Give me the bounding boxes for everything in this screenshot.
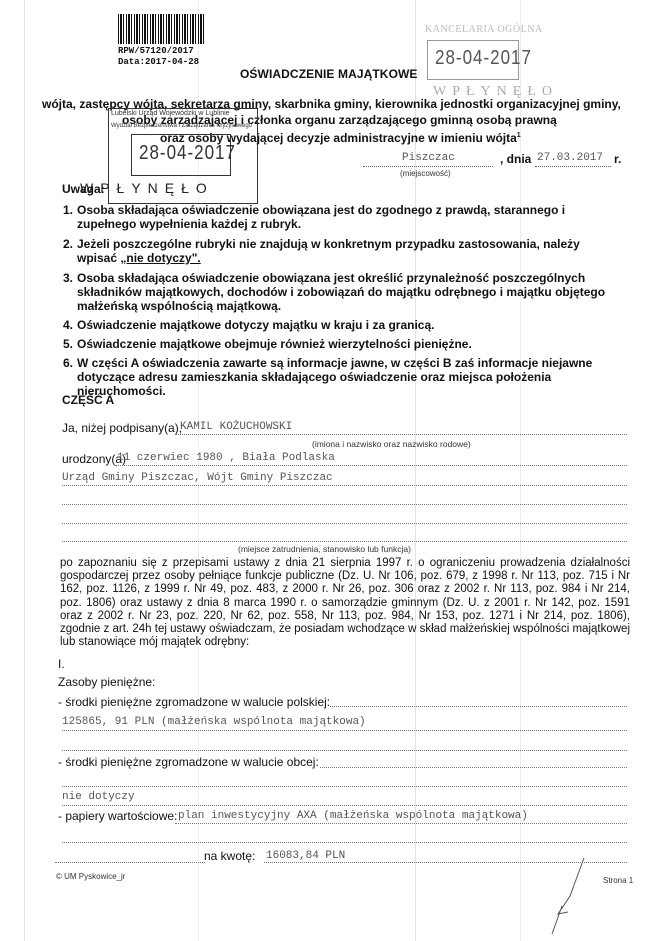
year-suffix: r.	[614, 152, 621, 166]
note-item: 2.Jeżeli poszczególne rubryki nie znajdu…	[63, 237, 623, 265]
note-item: 6.W części A oświadczenia zawarte są inf…	[63, 356, 623, 398]
pln-field[interactable]: 125865, 91 PLN (małżeńska wspólnota mają…	[62, 716, 366, 728]
employment-field-line	[62, 523, 627, 524]
note-item: 4.Oświadczenie majątkowe dotyczy majątku…	[63, 318, 623, 332]
foreign-field[interactable]: nie dotyczy	[62, 791, 135, 803]
note-item: 5.Oświadczenie majątkowe obejmuje równie…	[63, 337, 623, 351]
date-field[interactable]: 27.03.2017	[537, 152, 603, 164]
foreign-field-line	[62, 805, 627, 806]
received-stamp-right: KANCELARIA OGÓLNA 28-04-2017 WPŁYNĘŁO	[395, 6, 575, 86]
stamp-subheader: Wydział Bezpieczeństwa i Zarządzania Kry…	[111, 123, 252, 129]
securities-field[interactable]: plan inwestycyjny AXA (małżeńska wspólno…	[178, 810, 528, 822]
page-number: Strona 1	[603, 876, 633, 885]
amount-field[interactable]: 16083,84 PLN	[266, 850, 345, 862]
employment-field-line	[62, 504, 627, 505]
barcode	[118, 14, 206, 44]
securities-field-line	[175, 823, 627, 824]
stamp-header: Lubelski Urząd Wojewódzki w Lublinie	[111, 110, 230, 117]
foreign-field-line	[62, 786, 627, 787]
section-title-cash: Zasoby pieniężne:	[58, 675, 155, 689]
declaration-paragraph: po zapoznaniu się z przepisami ustawy z …	[60, 557, 630, 649]
employment-field-line	[62, 485, 627, 486]
amount-label: na kwotę:	[204, 849, 255, 863]
document-title: OŚWIADCZENIE MAJĄTKOWE	[240, 67, 418, 81]
signed-label: Ja, niżej podpisany(a),	[62, 421, 182, 435]
date-field-line	[535, 166, 611, 167]
employment-field-line	[62, 541, 627, 542]
section-heading-part-a: CZĘŚĆ A	[62, 393, 114, 407]
emphasis-nie-dotyczy: „nie dotyczy".	[120, 251, 200, 265]
note-item: 1.Osoba składająca oświadczenie obowiąza…	[63, 203, 623, 231]
stamp-date: 28-04-2017	[435, 46, 532, 70]
pln-field-line	[62, 730, 627, 731]
pln-label: - środki pieniężne zgromadzone w walucie…	[58, 695, 330, 709]
stamp-header: KANCELARIA OGÓLNA	[425, 24, 543, 35]
signature-mark	[548, 856, 588, 936]
born-field[interactable]: 11 czerwiec 1980 , Biała Podlaska	[117, 452, 335, 464]
employment-caption: (miejsce zatrudnienia, stanowisko lub fu…	[238, 544, 411, 554]
note-item: 3.Osoba składająca oświadczenie obowiąza…	[63, 271, 623, 313]
name-caption: (imiona i nazwisko oraz nazwisko rodowe)	[312, 439, 471, 449]
born-field-line	[115, 465, 627, 466]
footnote-mark: 1	[517, 132, 521, 139]
note-label: Uwaga:	[62, 182, 105, 196]
place-caption: (miejscowość)	[400, 169, 451, 178]
foreign-field-line	[320, 767, 627, 768]
employment-field[interactable]: Urząd Gminy Piszczac, Wójt Gminy Piszcza…	[62, 472, 333, 484]
registry-date: Data:2017-04-28	[118, 57, 199, 67]
scan-artifact-line	[24, 0, 25, 941]
stamp-date: 28-04-2017	[139, 141, 236, 165]
name-field[interactable]: KAMIL KOŻUCHOWSKI	[180, 421, 292, 433]
section-heading-i: I.	[58, 657, 65, 671]
footer-copyright: © UM Pyskowice_jr	[56, 872, 125, 881]
pln-field-line	[62, 750, 627, 751]
date-label: , dnia	[500, 152, 531, 166]
securities-field-line	[62, 842, 627, 843]
place-field-line	[363, 166, 493, 167]
name-field-line	[175, 434, 627, 435]
pln-field-line	[330, 706, 627, 707]
securities-label: - papiery wartościowe:	[58, 809, 177, 823]
foreign-label: - środki pieniężne zgromadzone w walucie…	[58, 755, 319, 769]
amount-leading-line	[55, 862, 205, 863]
registry-number: RPW/57120/2017	[118, 46, 194, 56]
place-field[interactable]: Piszczac	[402, 152, 455, 164]
